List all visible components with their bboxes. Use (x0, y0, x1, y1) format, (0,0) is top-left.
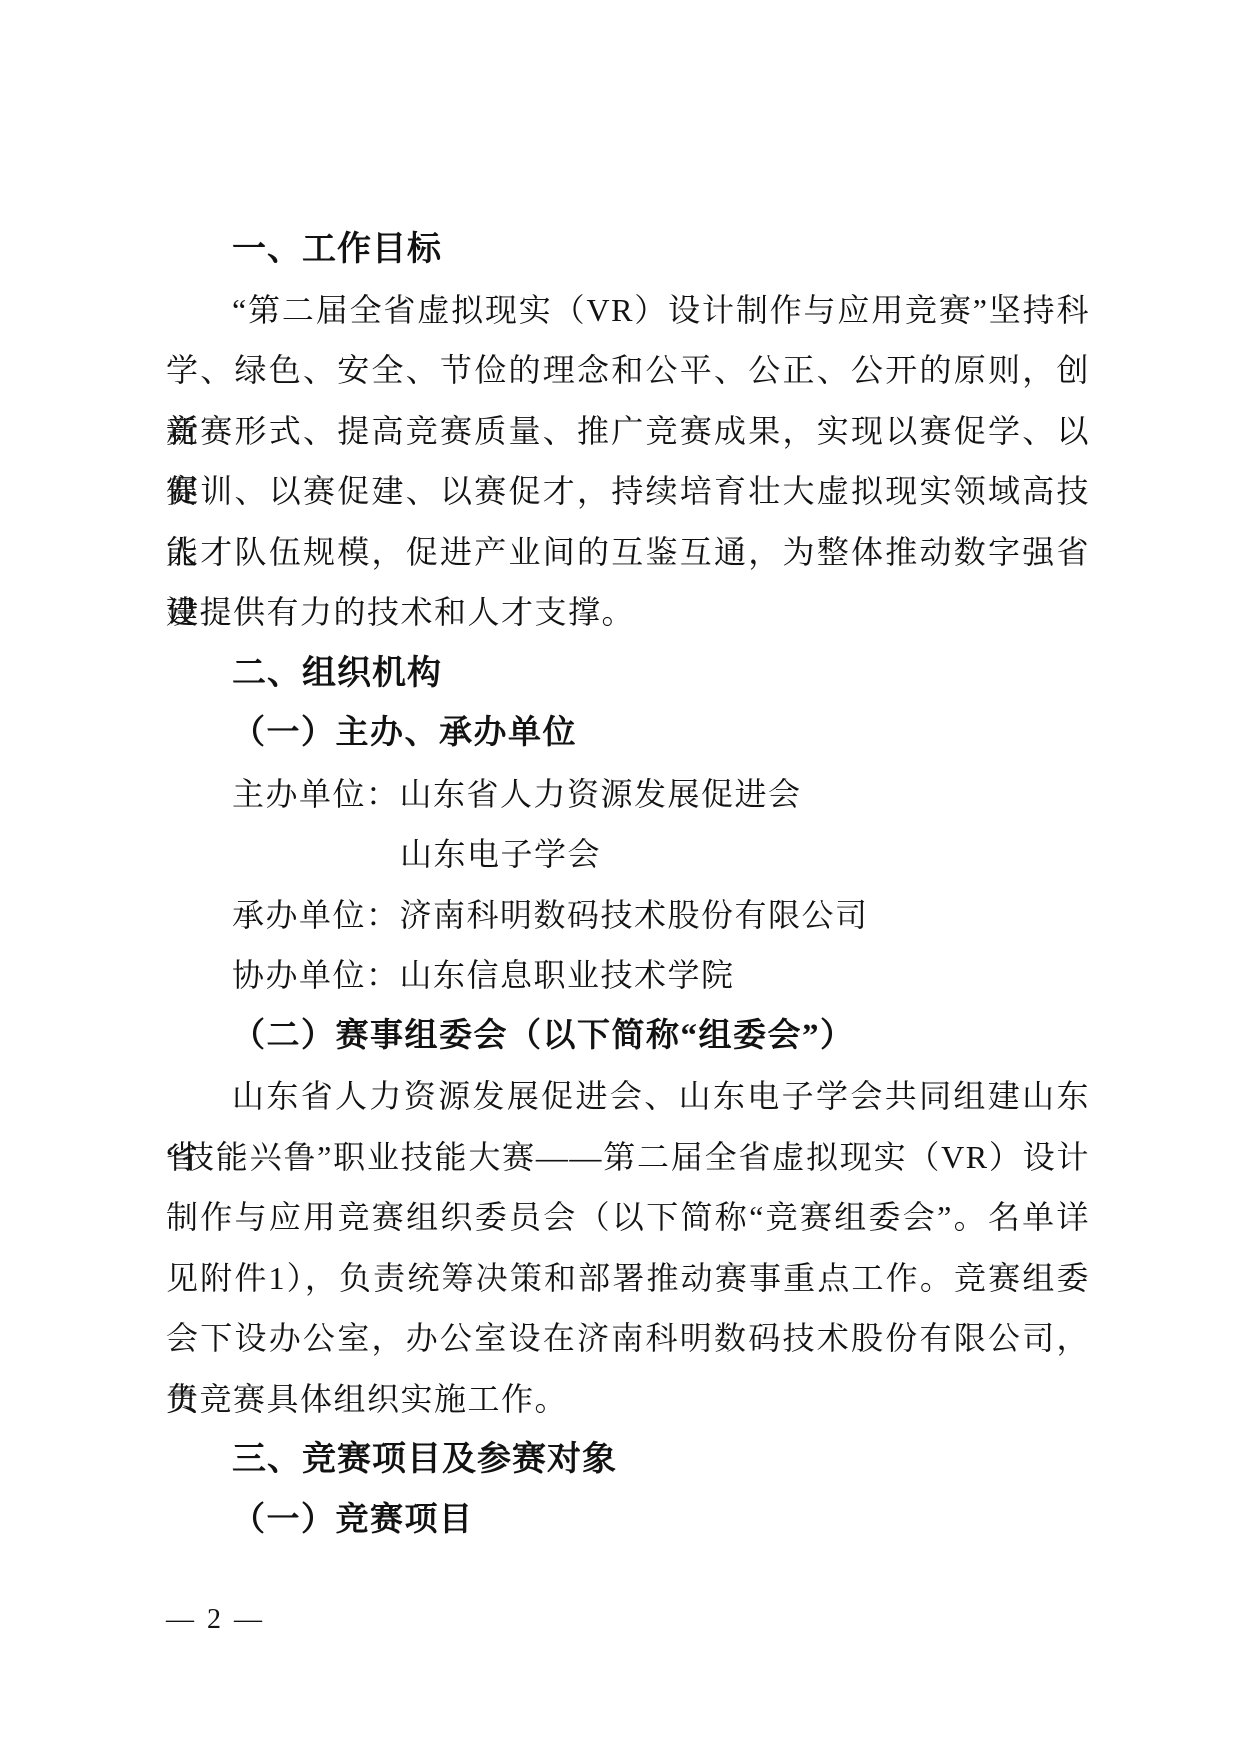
host-unit-line-2: 山东电子学会 (166, 824, 1090, 885)
subsection-heading-hosts: （一）主办、承办单位 (166, 703, 1090, 764)
undertaker-unit-line: 承办单位：济南科明数码技术股份有限公司 (166, 885, 1090, 946)
paragraph-1-line: 竞赛形式、提高竞赛质量、推广竞赛成果，实现以赛促学、以赛 (166, 401, 1090, 462)
paragraph-1-line: 促训、以赛促建、以赛促才，持续培育壮大虚拟现实领域高技能 (166, 461, 1090, 522)
subsection-heading-committee: （二）赛事组委会（以下简称“组委会”） (166, 1006, 1090, 1067)
assistant-unit-line: 协办单位：山东信息职业技术学院 (166, 945, 1090, 1006)
section-heading-1: 一、工作目标 (166, 219, 1090, 280)
paragraph-1-line: 设提供有力的技术和人才支撑。 (166, 582, 1090, 643)
section-heading-3: 三、竞赛项目及参赛对象 (166, 1429, 1090, 1490)
paragraph-2-line: “技能兴鲁”职业技能大赛——第二届全省虚拟现实（VR）设计 (166, 1127, 1090, 1188)
document-body: 一、工作目标 “第二届全省虚拟现实（VR）设计制作与应用竞赛”坚持科 学、绿色、… (166, 219, 1090, 1550)
paragraph-2-line: 山东省人力资源发展促进会、山东电子学会共同组建山东省 (166, 1066, 1090, 1127)
paragraph-1-line: 人才队伍规模，促进产业间的互鉴互通，为整体推动数字强省建 (166, 522, 1090, 583)
paragraph-2-line: 责竞赛具体组织实施工作。 (166, 1369, 1090, 1430)
section-heading-2: 二、组织机构 (166, 643, 1090, 704)
paragraph-2-line: 会下设办公室，办公室设在济南科明数码技术股份有限公司，负 (166, 1308, 1090, 1369)
document-page: 一、工作目标 “第二届全省虚拟现实（VR）设计制作与应用竞赛”坚持科 学、绿色、… (0, 0, 1241, 1755)
subsection-heading-events: （一）竞赛项目 (166, 1490, 1090, 1551)
paragraph-1-line: “第二届全省虚拟现实（VR）设计制作与应用竞赛”坚持科 (166, 280, 1090, 341)
page-number: — 2 — (166, 1604, 265, 1636)
paragraph-2-line: 见附件1），负责统筹决策和部署推动赛事重点工作。竞赛组委 (166, 1248, 1090, 1309)
paragraph-2-line: 制作与应用竞赛组织委员会（以下简称“竞赛组委会”。名单详 (166, 1187, 1090, 1248)
paragraph-1-line: 学、绿色、安全、节俭的理念和公平、公正、公开的原则，创新 (166, 340, 1090, 401)
host-unit-line: 主办单位：山东省人力资源发展促进会 (166, 764, 1090, 825)
